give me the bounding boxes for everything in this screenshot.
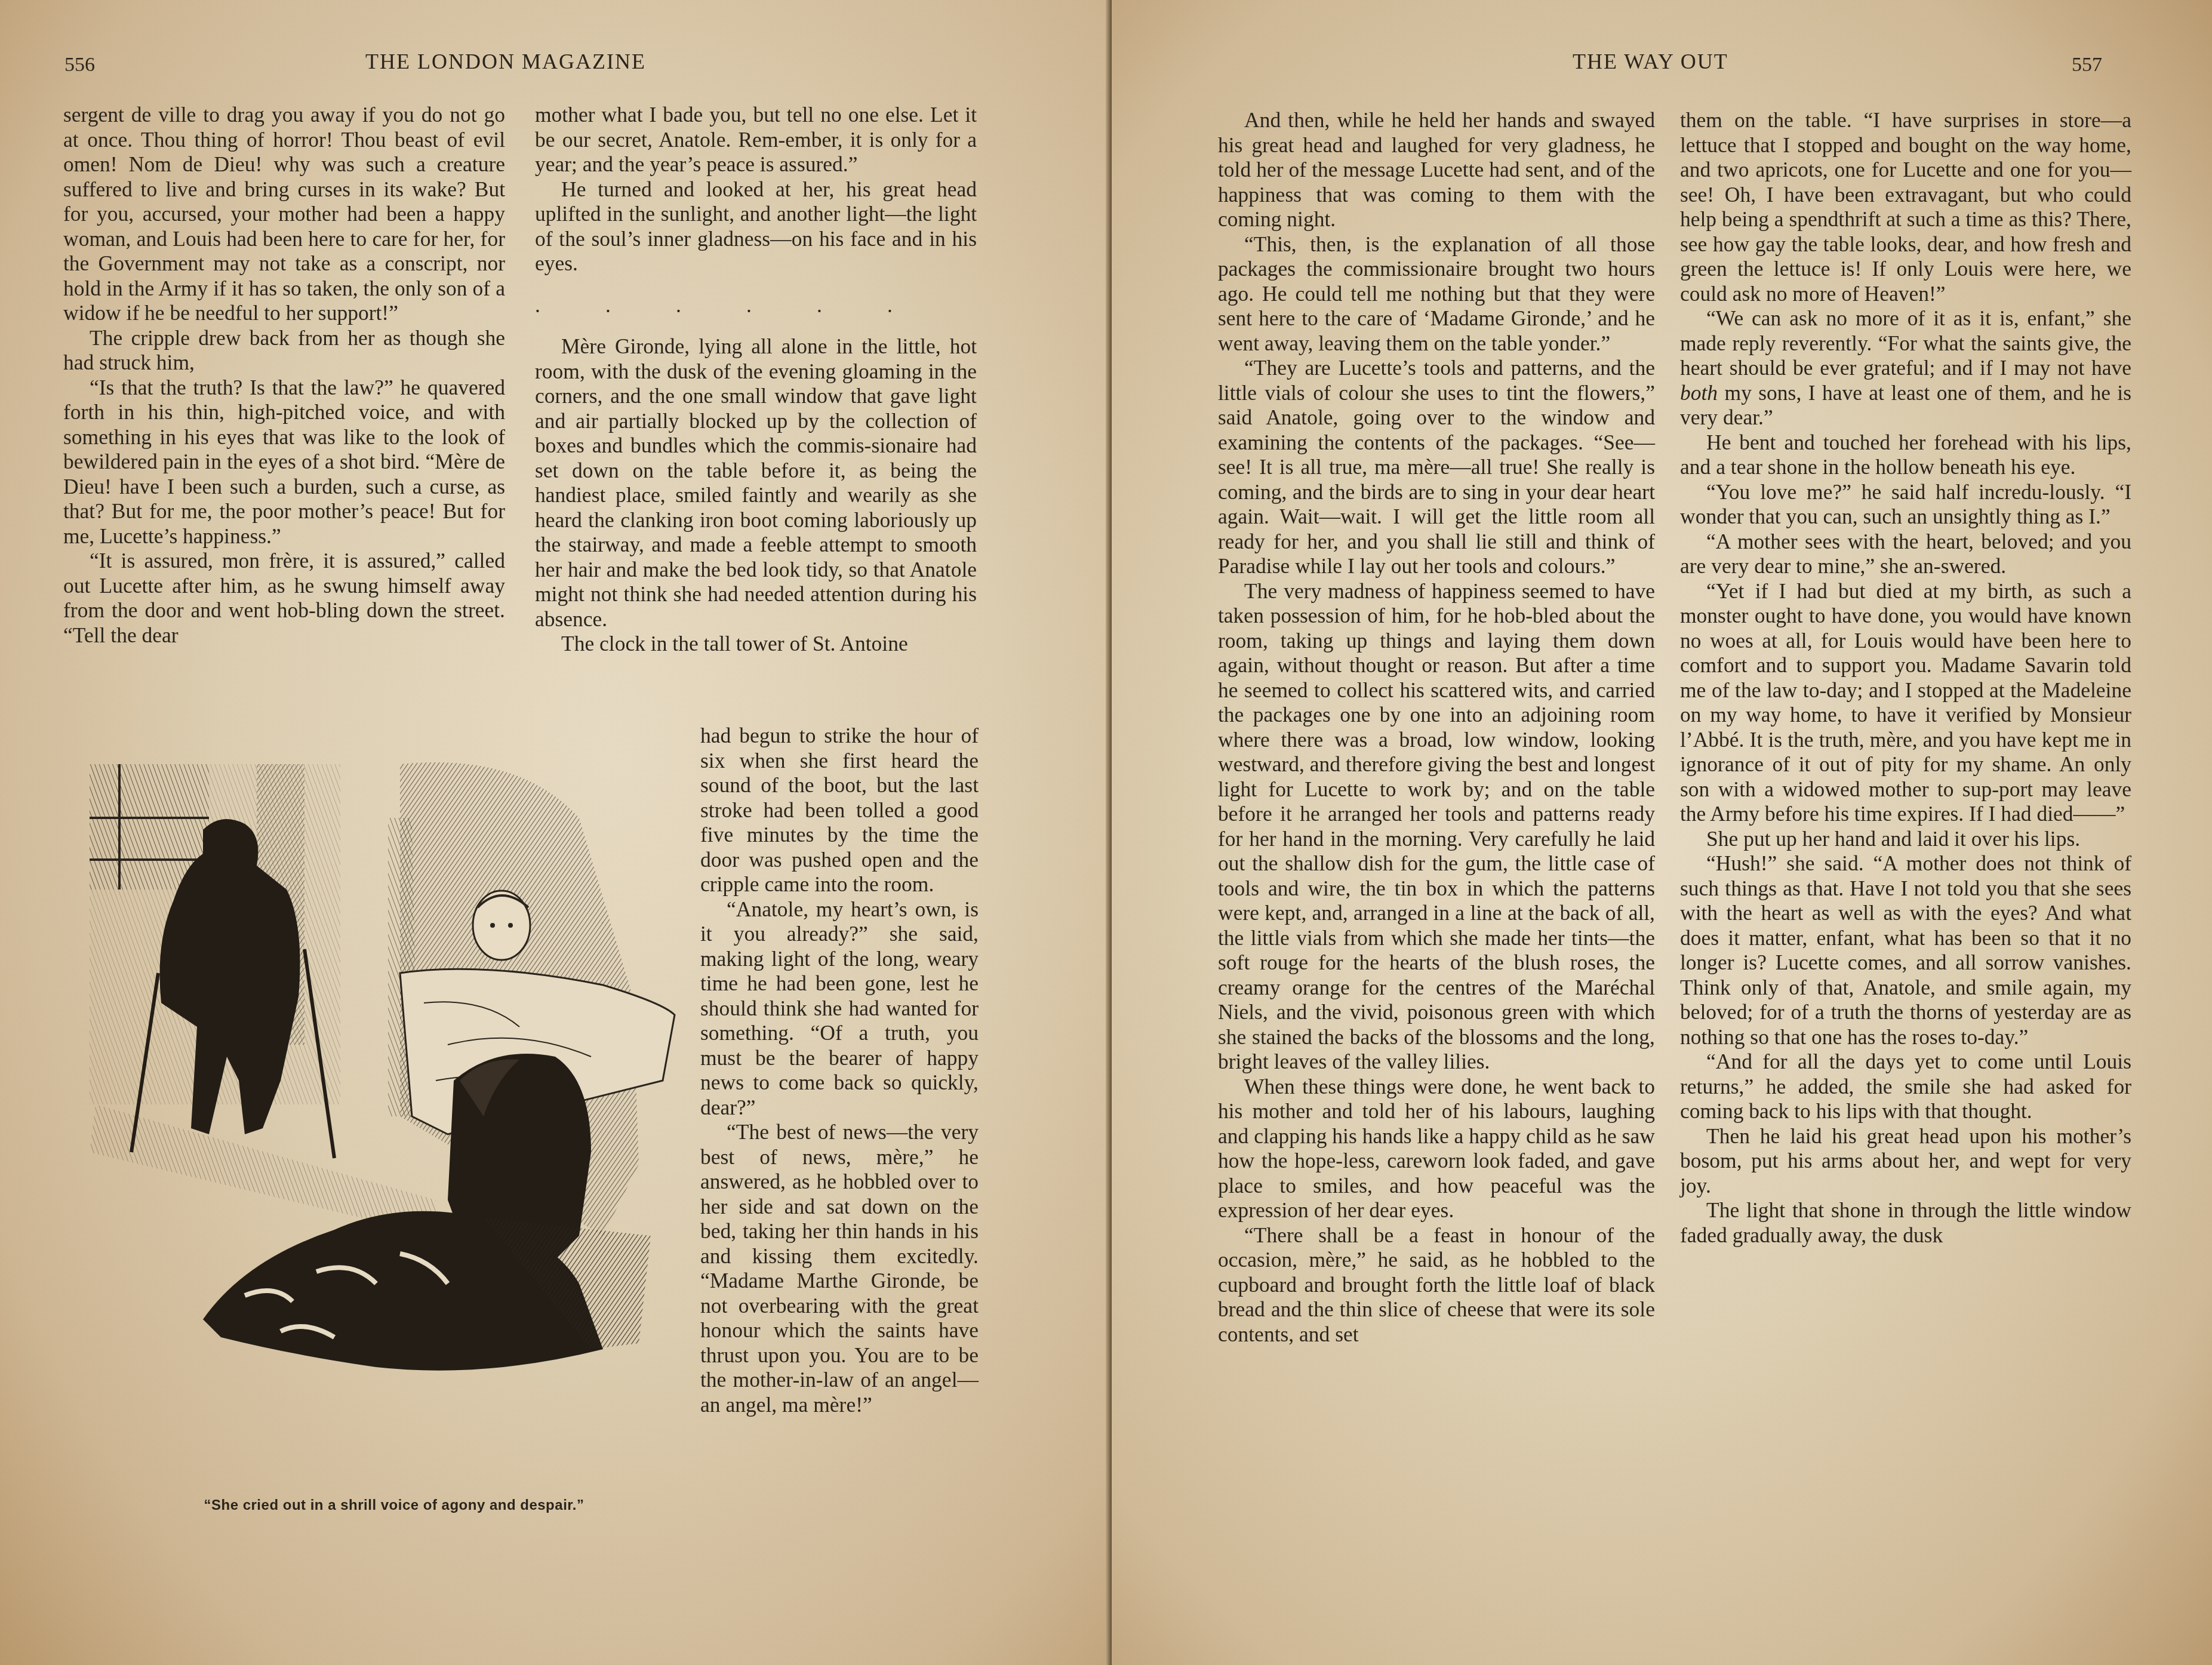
page-number-right: 557 [2072, 54, 2102, 76]
paragraph: “And for all the days yet to come until … [1680, 1050, 2131, 1124]
paragraph: He bent and touched her forehead with hi… [1680, 430, 2131, 480]
right-page-column-2: them on the table. “I have surprises in … [1680, 108, 2131, 1248]
paragraph: When these things were done, he went bac… [1218, 1075, 1655, 1223]
paragraph: He turned and looked at her, his great h… [535, 177, 977, 276]
paragraph: “This, then, is the explanation of all t… [1218, 232, 1655, 356]
paragraph: them on the table. “I have surprises in … [1680, 108, 2131, 306]
paragraph: “It is assured, mon frère, it is assured… [63, 549, 505, 648]
paragraph: Mère Gironde, lying all alone in the lit… [535, 334, 977, 632]
paragraph: “Hush!” she said. “A mother does not thi… [1680, 851, 2131, 1050]
page-number-left: 556 [64, 54, 95, 76]
paragraph: “Is that the truth? Is that the law?” he… [63, 376, 505, 549]
paragraph: The light that shone in through the litt… [1680, 1198, 2131, 1248]
running-head-left: THE LONDON MAGAZINE [365, 49, 646, 74]
paragraph: The clock in the tall tower of St. Antoi… [535, 632, 977, 657]
engraving-image [66, 746, 699, 1522]
paragraph: mother what I bade you, but tell no one … [535, 103, 977, 177]
paragraph: And then, while he held her hands and sw… [1218, 108, 1655, 232]
left-page-column-2-narrow: had begun to strike the hour of six when… [700, 724, 979, 1417]
paragraph: She put up her hand and laid it over his… [1680, 827, 2131, 852]
magazine-spread: 556 THE LONDON MAGAZINE sergent de ville… [0, 0, 2212, 1665]
section-break: ...... [535, 276, 977, 335]
left-page-column-2: mother what I bade you, but tell no one … [535, 103, 977, 657]
running-head-right: THE WAY OUT [1573, 49, 1728, 74]
paragraph: had begun to strike the hour of six when… [700, 724, 979, 897]
paragraph: “There shall be a feast in honour of the… [1218, 1223, 1655, 1347]
illustration-caption: “She cried out in a shrill voice of agon… [137, 1497, 651, 1514]
paragraph: The cripple drew back from her as though… [63, 326, 505, 376]
paragraph: The very madness of happiness seemed to … [1218, 579, 1655, 1075]
italic-emphasis: both [1680, 381, 1718, 405]
paragraph: “Anatole, my heart’s own, is it you alre… [700, 897, 979, 1121]
paragraph: sergent de ville to drag you away if you… [63, 103, 505, 326]
paragraph: “Yet if I had but died at my birth, as s… [1680, 579, 2131, 827]
paragraph: “We can ask no more of it as it is, enfa… [1680, 306, 2131, 430]
paragraph: “You love me?” he said half incredu-lous… [1680, 480, 2131, 530]
illustration-engraving [66, 746, 699, 1522]
left-page-column-1: sergent de ville to drag you away if you… [63, 103, 505, 648]
paragraph: “The best of news—the very best of news,… [700, 1120, 979, 1417]
paragraph: “A mother sees with the heart, beloved; … [1680, 530, 2131, 579]
paragraph: “They are Lucette’s tools and patterns, … [1218, 356, 1655, 579]
paragraph: Then he laid his great head upon his mot… [1680, 1124, 2131, 1199]
right-page-column-1: And then, while he held her hands and sw… [1218, 108, 1655, 1347]
